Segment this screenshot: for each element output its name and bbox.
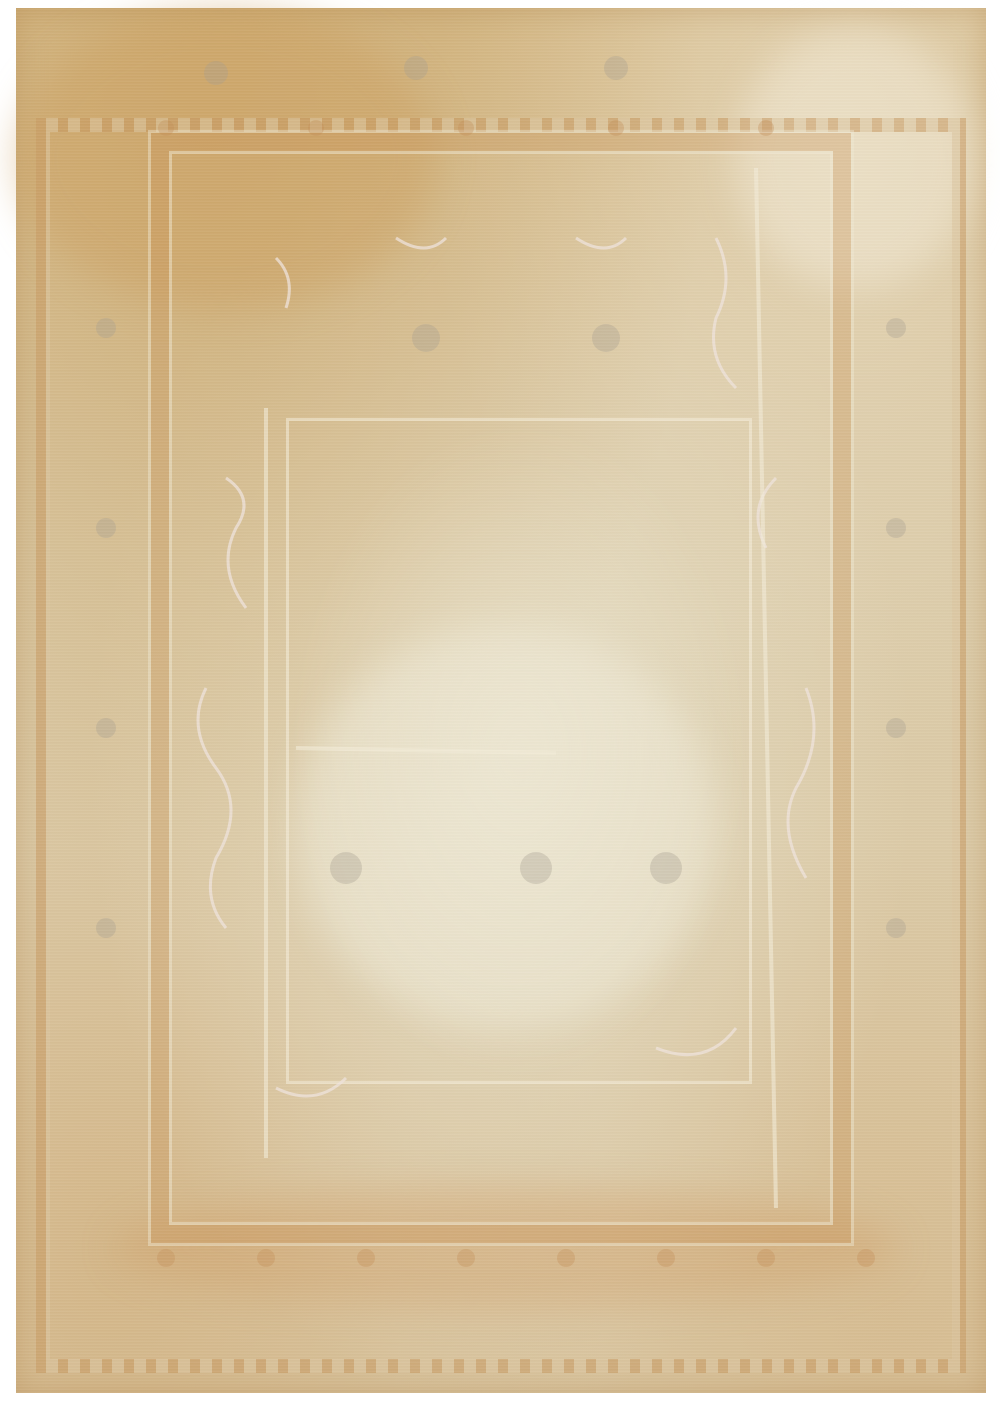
rug-photo	[16, 8, 986, 1393]
pink-vine-scrolls	[198, 238, 814, 1096]
floral-motifs	[16, 8, 986, 1393]
grey-flower-motifs	[96, 56, 906, 938]
